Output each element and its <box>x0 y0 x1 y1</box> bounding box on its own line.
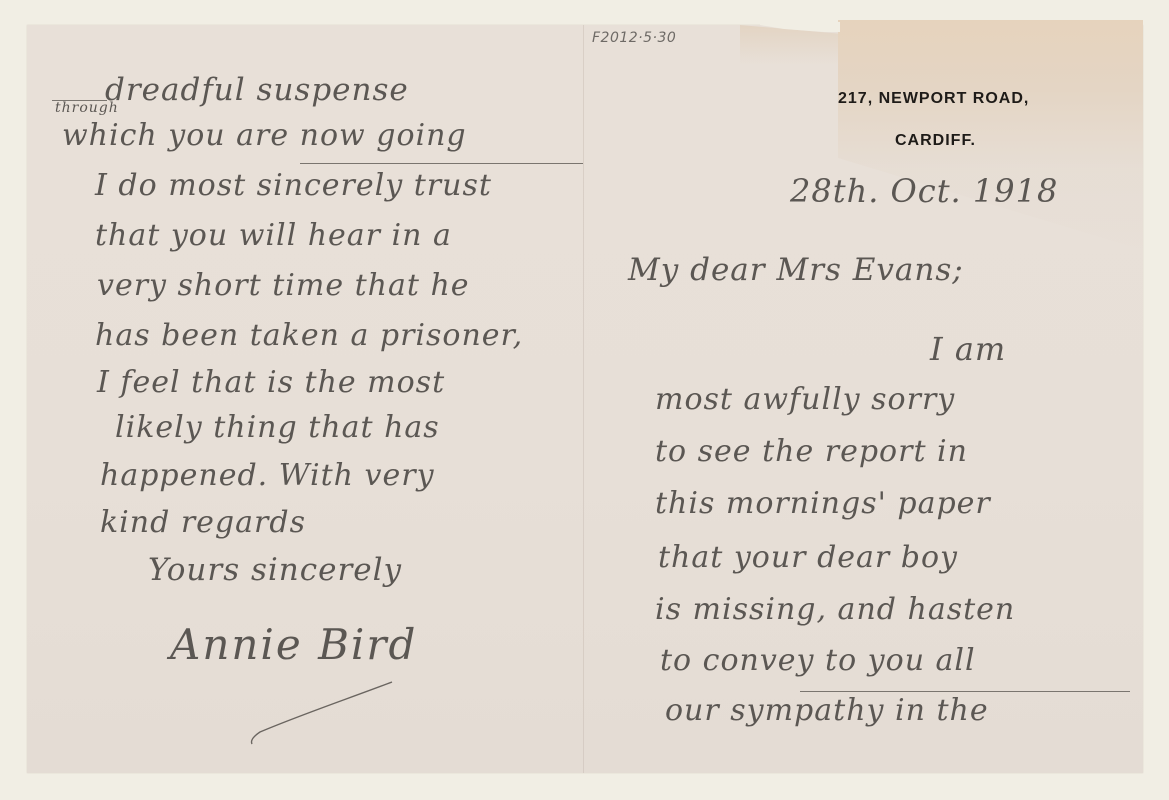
ink-stroke <box>800 691 1130 692</box>
letter-line: I am <box>930 330 1006 368</box>
letter-date: 28th. Oct. 1918 <box>790 172 1058 210</box>
signature-flourish <box>240 670 400 750</box>
letter-line: this mornings' paper <box>655 486 991 521</box>
accession-number: F2012·5·30 <box>592 30 676 46</box>
letter-line: which you are now going <box>62 118 467 153</box>
document-viewer: F2012·5·30 217, NEWPORT ROAD, CARDIFF. 2… <box>0 0 1169 800</box>
letter-line: likely thing that has <box>115 410 440 445</box>
center-fold-line <box>583 25 584 773</box>
letter-line: is missing, and hasten <box>655 592 1015 627</box>
ink-stroke <box>300 163 583 164</box>
letter-line: very short time that he <box>97 268 470 303</box>
ink-stroke <box>52 100 107 101</box>
salutation: My dear Mrs Evans; <box>628 252 964 288</box>
letter-line: has been taken a prisoner, <box>95 318 523 353</box>
letterhead-address-line1: 217, NEWPORT ROAD, <box>838 90 1029 108</box>
letter-line: that you will hear in a <box>95 218 452 253</box>
letter-line: kind regards <box>100 505 306 540</box>
letter-line: dreadful suspense <box>105 72 409 108</box>
letter-line: our sympathy in the <box>665 693 989 728</box>
letter-line: to convey to you all <box>660 643 976 678</box>
letter-line: I do most sincerely trust <box>95 168 492 203</box>
letter-line: happened. With very <box>100 458 435 493</box>
letter-line: most awfully sorry <box>655 382 955 417</box>
signature: Annie Bird <box>170 620 417 669</box>
letterhead-address-line2: CARDIFF. <box>895 132 976 150</box>
letter-line: I feel that is the most <box>97 365 445 400</box>
letter-line: that your dear boy <box>658 540 958 575</box>
letter-line: to see the report in <box>655 434 968 469</box>
closing: Yours sincerely <box>148 552 402 588</box>
